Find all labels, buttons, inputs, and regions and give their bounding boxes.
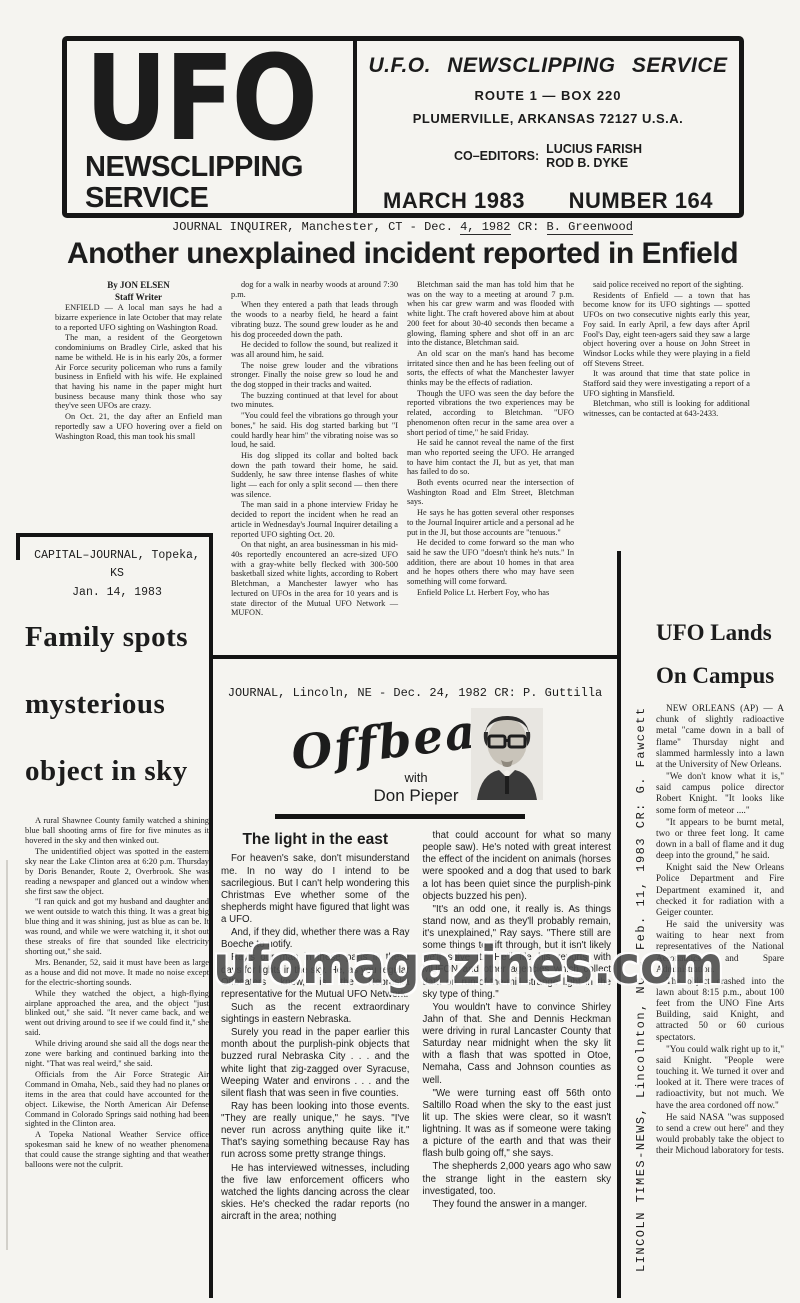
offbeat-source-line: JOURNAL, Lincoln, NE - Dec. 24, 1982 CR:… bbox=[213, 686, 617, 700]
masthead-logo: UFO NEWSCLIPPING SERVICE bbox=[67, 41, 353, 213]
family-box-left-stub bbox=[16, 533, 20, 560]
paragraph: said police received no report of the si… bbox=[583, 280, 750, 290]
article-ufo-lands: UFO Lands On Campus NEW ORLEANS (AP) — A… bbox=[656, 612, 784, 1158]
family-body: A rural Shawnee County family watched a … bbox=[25, 816, 209, 1170]
paragraph: The man said in a phone interview Friday… bbox=[231, 500, 398, 539]
coeditor-2: ROD B. DYKE bbox=[546, 156, 642, 170]
offbeat-columns: The light in the east For heaven's sake,… bbox=[213, 819, 617, 1224]
offbeat-heading: The light in the east bbox=[221, 830, 410, 849]
offbeat-col-2: that could account for what so many peop… bbox=[423, 830, 612, 1224]
enfield-col1-text: ENFIELD — A local man says he had a biza… bbox=[55, 303, 222, 441]
paragraph: Enfield Police Lt. Herbert Foy, who has bbox=[407, 588, 574, 598]
family-source-line1: CAPITAL–JOURNAL, Topeka, KS bbox=[25, 547, 209, 584]
paragraph: Bletchman said the man has told him that… bbox=[407, 280, 574, 348]
paragraph: The buzzing continued at that level for … bbox=[231, 391, 398, 410]
paragraph: "We don't know what it is," said campus … bbox=[656, 772, 784, 817]
paragraph: Bletchman, who still is looking for addi… bbox=[583, 399, 750, 418]
paragraph: Though the UFO was seen the day before t… bbox=[407, 389, 574, 438]
don-pieper-photo bbox=[471, 708, 543, 800]
offbeat-col-1: The light in the east For heaven's sake,… bbox=[221, 830, 410, 1224]
paragraph: He decided to come forward so the man wh… bbox=[407, 538, 574, 587]
byline-role: Staff Writer bbox=[55, 292, 222, 304]
paragraph: Residents of Enfield — a town that has b… bbox=[583, 291, 750, 369]
coeditors: CO–EDITORS: LUCIUS FARISH ROD B. DYKE bbox=[454, 142, 642, 170]
issue-date: MARCH 1983 bbox=[383, 188, 525, 214]
paragraph: that could account for what so many peop… bbox=[423, 830, 612, 903]
logo-service-text: SERVICE bbox=[85, 183, 353, 213]
paragraph: Ray has been looking into those events. … bbox=[221, 1101, 410, 1162]
paragraph: A rural Shawnee County family watched a … bbox=[25, 816, 209, 846]
watermark: ufomagazines.com bbox=[213, 936, 618, 996]
paragraph: Knight said the New Orleans Police Depar… bbox=[656, 863, 784, 919]
coeditors-label: CO–EDITORS: bbox=[454, 149, 539, 163]
masthead-info: U.F.O. NEWSCLIPPING SERVICE ROUTE 1 — BO… bbox=[353, 41, 739, 213]
enfield-col-3: Bletchman said the man has told him that… bbox=[407, 280, 574, 619]
paragraph: "You could walk right up to it," said Kn… bbox=[656, 1045, 784, 1112]
offbeat-author: Don Pieper bbox=[361, 786, 471, 806]
paragraph: Surely you read in the paper earlier thi… bbox=[221, 1027, 410, 1100]
source-date-underlined: 4, 1982 bbox=[460, 220, 510, 235]
paragraph: They found the answer in a manger. bbox=[423, 1199, 612, 1211]
offbeat-with-label: with bbox=[361, 770, 471, 786]
campus-body: NEW ORLEANS (AP) — A chunk of slightly r… bbox=[656, 704, 784, 1157]
paragraph: He says he has gotten several other resp… bbox=[407, 508, 574, 537]
scan-edge-artifact bbox=[6, 860, 8, 1250]
family-source-line2: Jan. 14, 1983 bbox=[25, 584, 209, 602]
source-text: CR: bbox=[511, 220, 547, 234]
article-family-spots: CAPITAL–JOURNAL, Topeka, KS Jan. 14, 198… bbox=[25, 547, 209, 1171]
paragraph: A Topeka National Weather Service office… bbox=[25, 1130, 209, 1170]
enfield-col-2: dog for a walk in nearby woods at around… bbox=[231, 280, 398, 619]
family-headline: Family spots mysterious object in sky bbox=[25, 604, 209, 804]
paragraph: NEW ORLEANS (AP) — A chunk of slightly r… bbox=[656, 704, 784, 771]
byline-author: By JON ELSEN bbox=[55, 280, 222, 292]
address-line1: ROUTE 1 — BOX 220 bbox=[474, 88, 621, 103]
paragraph: He said NASA "was supposed to send a cre… bbox=[656, 1113, 784, 1158]
offbeat-byline: with Don Pieper bbox=[361, 770, 471, 806]
paragraph: An old scar on the man's hand has become… bbox=[407, 349, 574, 388]
paragraph: Officials from the Air Force Strategic A… bbox=[25, 1070, 209, 1129]
paragraph: He decided to follow the sound, but real… bbox=[231, 340, 398, 359]
paragraph: dog for a walk in nearby woods at around… bbox=[231, 280, 398, 299]
paragraph: It was around that time that state polic… bbox=[583, 369, 750, 398]
enfield-col-4: said police received no report of the si… bbox=[583, 280, 750, 619]
source-text: JOURNAL INQUIRER, Manchester, CT - Dec. bbox=[172, 220, 460, 234]
paragraph: On that night, an area businessman in hi… bbox=[231, 540, 398, 618]
offbeat-box-right-rule bbox=[617, 551, 621, 1298]
paragraph: ENFIELD — A local man says he had a biza… bbox=[55, 303, 222, 332]
newsletter-title: U.F.O. NEWSCLIPPING SERVICE bbox=[368, 54, 727, 78]
paragraph: "You could feel the vibrations go throug… bbox=[231, 411, 398, 450]
paragraph: For heaven's sake, don't misunderstand m… bbox=[221, 853, 410, 926]
masthead: UFO NEWSCLIPPING SERVICE U.F.O. NEWSCLIP… bbox=[62, 36, 744, 218]
paragraph: While driving around she said all the do… bbox=[25, 1039, 209, 1069]
paragraph: His dog slipped its collar and bolted ba… bbox=[231, 451, 398, 500]
issue-number: NUMBER 164 bbox=[569, 188, 713, 214]
paragraph: On Oct. 21, the day after an Enfield man… bbox=[55, 412, 222, 441]
family-box-top-rule bbox=[16, 533, 213, 537]
paragraph: "It appears to be burnt metal, two or th… bbox=[656, 818, 784, 863]
issue-line: MARCH 1983 NUMBER 164 bbox=[383, 188, 713, 214]
source-credit-underlined: B. Greenwood bbox=[547, 220, 633, 235]
logo-ufo-text: UFO bbox=[85, 49, 315, 148]
enfield-headline: Another unexplained incident reported in… bbox=[55, 237, 750, 271]
offbeat-logo-row: Offbeat with Don Pieper bbox=[213, 708, 617, 812]
paragraph: The unidentified object was spotted in t… bbox=[25, 847, 209, 897]
paragraph: Both events ocurred near the intersectio… bbox=[407, 478, 574, 507]
coeditor-1: LUCIUS FARISH bbox=[546, 142, 642, 156]
paragraph: Mrs. Benander, 52, said it must have bee… bbox=[25, 958, 209, 988]
paragraph: While they watched the object, a high-fl… bbox=[25, 989, 209, 1039]
paragraph: "We were turning east off 56th onto Salt… bbox=[423, 1088, 612, 1161]
paragraph: You wouldn't have to convince Shirley Ja… bbox=[423, 1002, 612, 1087]
paragraph: The noise grew louder and the vibrations… bbox=[231, 361, 398, 390]
coeditor-names: LUCIUS FARISH ROD B. DYKE bbox=[546, 142, 642, 170]
paragraph: "I ran quick and got my husband and daug… bbox=[25, 897, 209, 956]
paragraph: He said he cannot reveal the name of the… bbox=[407, 438, 574, 477]
paragraph: He has interviewed witnesses, including … bbox=[221, 1163, 410, 1224]
campus-headline: UFO Lands On Campus bbox=[656, 612, 784, 697]
paragraph: The man, a resident of the Georgetown co… bbox=[55, 333, 222, 411]
address-line2: PLUMERVILLE, ARKANSAS 72127 U.S.A. bbox=[413, 111, 684, 126]
enfield-source-line: JOURNAL INQUIRER, Manchester, CT - Dec. … bbox=[55, 220, 750, 234]
paragraph: The shepherds 2,000 years ago who saw th… bbox=[423, 1161, 612, 1197]
paragraph: When they entered a path that leads thro… bbox=[231, 300, 398, 339]
paragraph: Such as the recent extraordinary sightin… bbox=[221, 1002, 410, 1026]
offbeat-col1-text: For heaven's sake, don't misunderstand m… bbox=[221, 853, 410, 1223]
